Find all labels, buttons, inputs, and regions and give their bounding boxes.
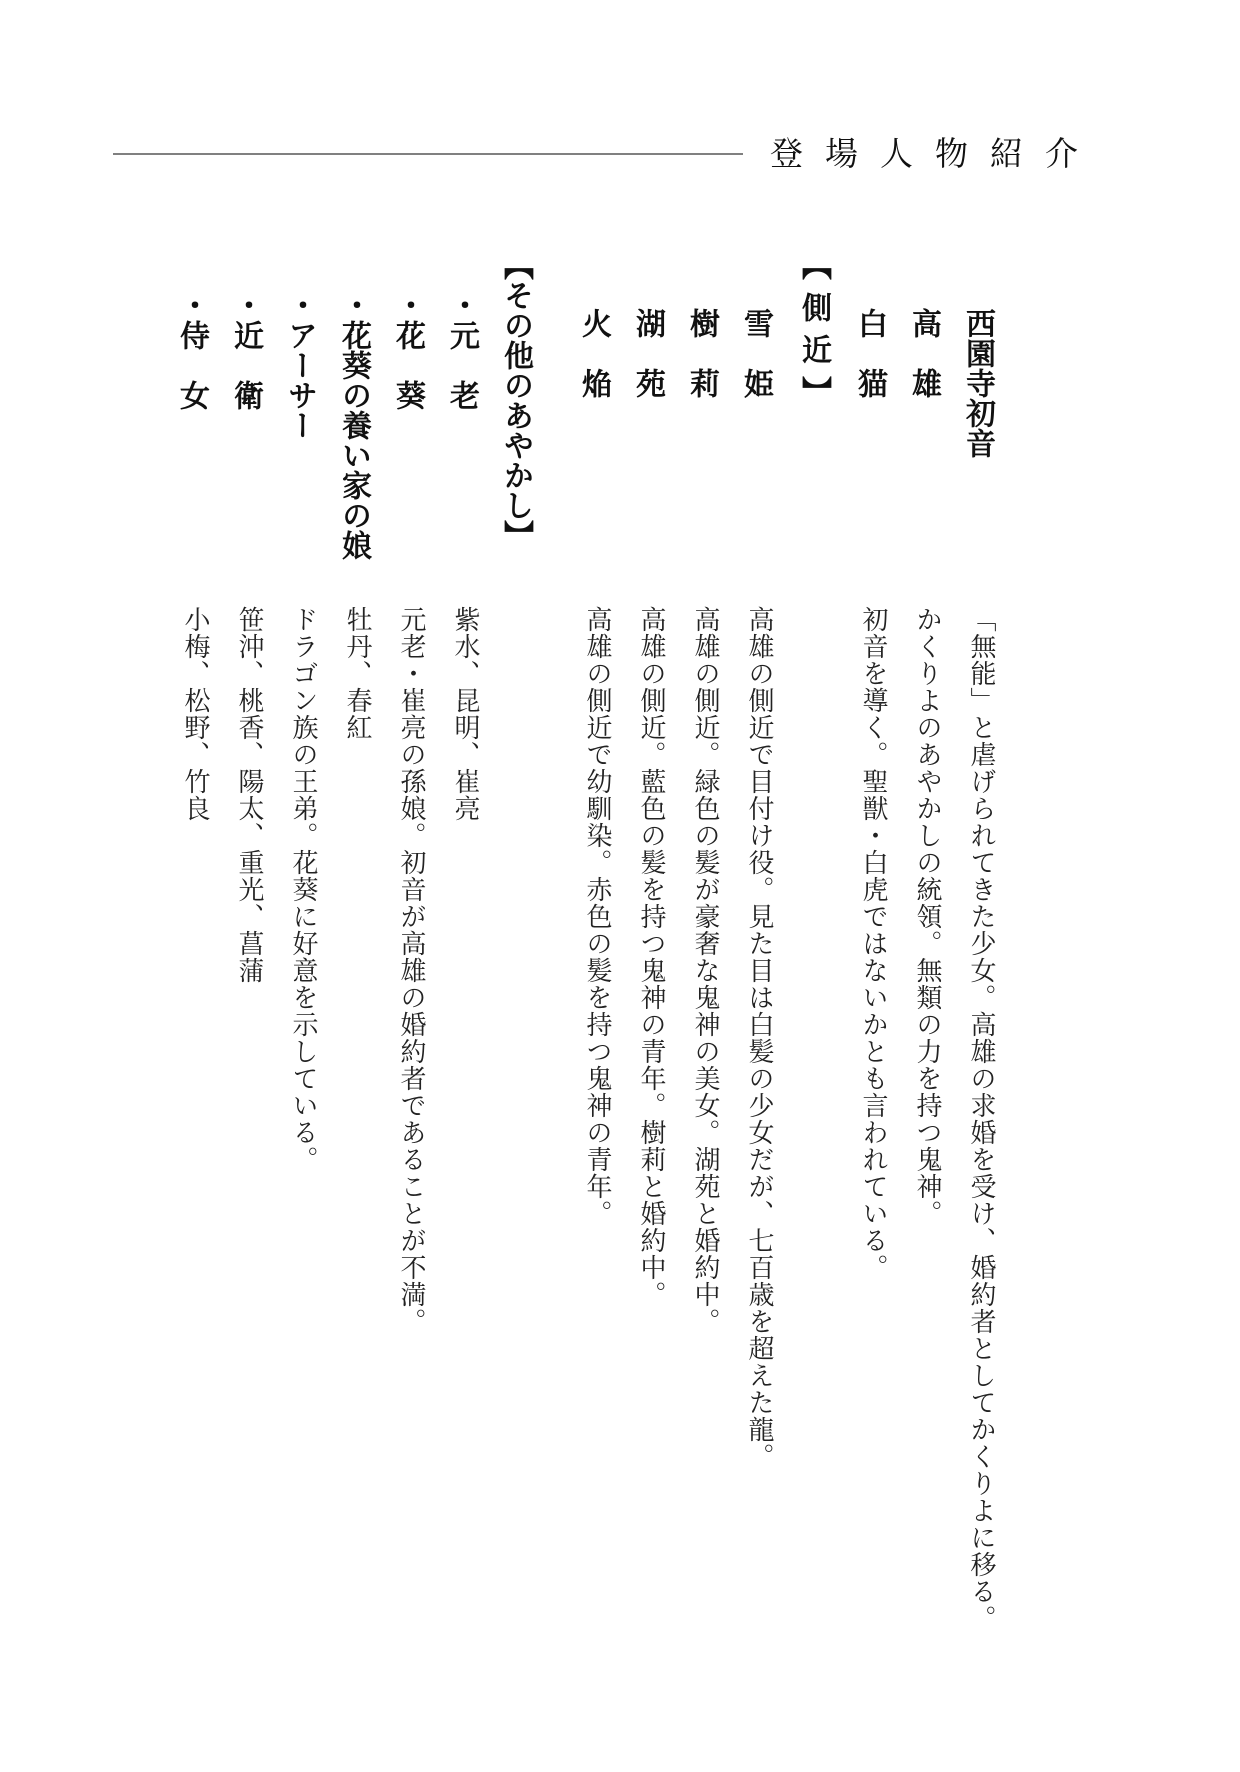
other-desc-genro: 紫水、昆明、崔亮: [452, 606, 478, 822]
other-name-maids: 侍女: [174, 320, 209, 440]
other-item-arthur: ・アーサー: [284, 290, 314, 440]
aide-name-juri: 樹莉: [686, 308, 716, 428]
character-name-hatsune: 西園寺初音: [962, 308, 992, 458]
character-desc-hatsune: 「無能」と虐げられてきた少女。高雄の求婚を受け、婚約者としてかくりよに移る。: [968, 606, 994, 1632]
aide-name-koen: 湖苑: [632, 308, 662, 428]
other-desc-foster-daughters: 牡丹、春紅: [344, 606, 370, 741]
other-name-genro: 元老: [444, 320, 479, 440]
bullet-icon: ・: [230, 290, 260, 320]
character-name-takao: 高雄: [908, 308, 938, 428]
aide-desc-kaen: 高雄の側近で幼馴染。赤色の髪を持つ鬼神の青年。: [584, 606, 610, 1227]
aide-desc-koen: 高雄の側近。藍色の髪を持つ鬼神の青年。樹莉と婚約中。: [638, 606, 664, 1308]
bullet-icon: ・: [338, 290, 368, 320]
other-desc-guards: 笹沖、桃香、陽太、重光、菖蒲: [236, 606, 262, 984]
other-name-arthur: アーサー: [282, 320, 317, 440]
header-rule: [113, 153, 743, 155]
other-name-foster-daughters: 花葵の養い家の娘: [336, 320, 371, 560]
page-title: 登場人物紹介: [770, 128, 1100, 175]
bullet-icon: ・: [446, 290, 476, 320]
character-desc-takao: かくりよのあやかしの統領。無類の力を持つ鬼神。: [914, 606, 940, 1227]
section-heading-others: 【その他のあやかし】: [500, 250, 530, 550]
character-name-shironeko: 白猫: [854, 308, 884, 428]
bullet-icon: ・: [176, 290, 206, 320]
aide-desc-juri: 高雄の側近。緑色の髪が豪奢な鬼神の美女。湖苑と婚約中。: [692, 606, 718, 1335]
other-desc-kaki: 元老・崔亮の孫娘。初音が高雄の婚約者であることが不満。: [398, 606, 424, 1335]
other-desc-maids: 小梅、松野、竹良: [182, 606, 208, 822]
aide-desc-yukihime: 高雄の側近で目付け役。見た目は白髪の少女だが、七百歳を超えた龍。: [746, 606, 772, 1470]
section-heading-aides: 【側近】: [798, 250, 828, 418]
other-item-guards: ・近衛: [230, 290, 260, 440]
bullet-icon: ・: [392, 290, 422, 320]
other-name-guards: 近衛: [228, 320, 263, 440]
other-name-kaki: 花葵: [390, 320, 425, 440]
aide-name-kaen: 火焔: [578, 308, 608, 428]
other-item-maids: ・侍女: [176, 290, 206, 440]
bullet-icon: ・: [284, 290, 314, 320]
character-desc-shironeko: 初音を導く。聖獣・白虎ではないかとも言われている。: [860, 606, 886, 1281]
other-desc-arthur: ドラゴン族の王弟。花葵に好意を示している。: [290, 606, 316, 1173]
other-item-kaki: ・花葵: [392, 290, 422, 440]
other-item-foster-daughters: ・花葵の養い家の娘: [338, 290, 368, 560]
aide-name-yukihime: 雪姫: [740, 308, 770, 428]
other-item-genro: ・元老: [446, 290, 476, 440]
